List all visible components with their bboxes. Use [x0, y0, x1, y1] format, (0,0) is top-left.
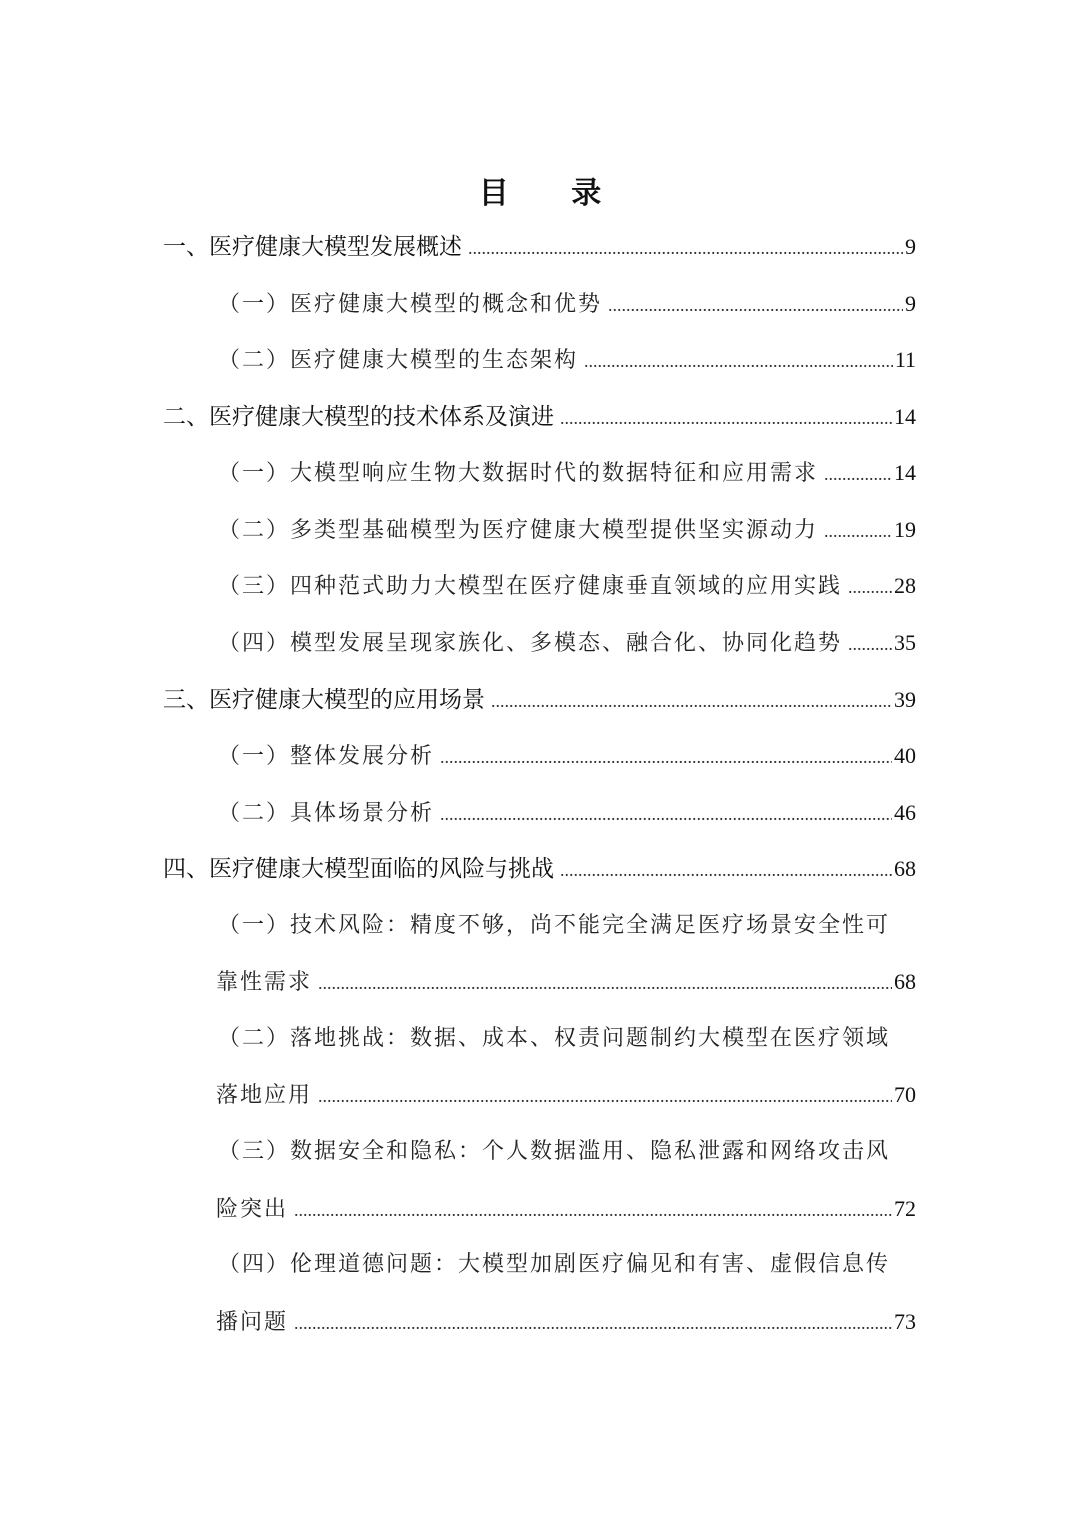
toc-page-number: 28 [894, 566, 916, 606]
toc-entry-label: 一、医疗健康大模型发展概述 [163, 227, 462, 267]
toc-entry-label: （二）医疗健康大模型的生态架构 [218, 341, 578, 381]
toc-entry-section-1-1[interactable]: （一）医疗健康大模型的概念和优势 9 [218, 284, 916, 324]
toc-entry-section-2-1[interactable]: （一）大模型响应生物大数据时代的数据特征和应用需求 14 [218, 453, 916, 493]
toc-entry-section-2-3[interactable]: （三）四种范式助力大模型在医疗健康垂直领域的应用实践 28 [218, 566, 916, 606]
toc-entry-label: （三）数据安全和隐私：个人数据滥用、隐私泄露和网络攻击风 [218, 1132, 890, 1172]
toc-page-number: 68 [894, 962, 916, 1002]
toc-entry-label: （一）技术风险：精度不够，尚不能完全满足医疗场景安全性可 [218, 906, 890, 946]
dot-leader [318, 1076, 892, 1116]
dot-leader [468, 228, 903, 268]
toc-entry-section-4-4-continued[interactable]: 播问题 73 [216, 1302, 916, 1342]
dot-leader [560, 398, 892, 438]
toc-entry-label: （一）大模型响应生物大数据时代的数据特征和应用需求 [218, 454, 818, 494]
toc-entry-section-3-1[interactable]: （一）整体发展分析 40 [218, 736, 916, 776]
dot-leader [848, 624, 892, 664]
dot-leader [560, 850, 892, 890]
toc-entry-label: 三、医疗健康大模型的应用场景 [163, 680, 485, 720]
toc-entry-section-3-2[interactable]: （二）具体场景分析 46 [218, 793, 916, 833]
toc-page-number: 9 [905, 227, 916, 267]
dot-leader [294, 1190, 892, 1230]
dot-leader [848, 567, 892, 607]
toc-entry-label: 四、医疗健康大模型面临的风险与挑战 [163, 849, 554, 889]
dot-leader [294, 1303, 892, 1343]
toc-entry-chapter-1[interactable]: 一、医疗健康大模型发展概述 9 [163, 227, 916, 267]
toc-entry-section-4-2-continued[interactable]: 落地应用 70 [216, 1075, 916, 1115]
toc-page-number: 14 [894, 453, 916, 493]
toc-page-number: 35 [894, 623, 916, 663]
document-page: 目 录 一、医疗健康大模型发展概述 9 （一）医疗健康大模型的概念和优势 9 （… [0, 0, 1080, 1528]
toc-entry-label: （一）医疗健康大模型的概念和优势 [218, 285, 602, 325]
toc-entry-label: （二）具体场景分析 [218, 794, 434, 834]
toc-page-number: 70 [894, 1075, 916, 1115]
toc-page-number: 19 [894, 510, 916, 550]
toc-page-number: 73 [894, 1302, 916, 1342]
dot-leader [440, 737, 892, 777]
toc-page-number: 40 [894, 736, 916, 776]
toc-entry-section-4-1[interactable]: （一）技术风险：精度不够，尚不能完全满足医疗场景安全性可 [218, 906, 916, 946]
toc-entry-label-continuation: 险突出 [216, 1190, 288, 1230]
toc-page-number: 68 [894, 849, 916, 889]
toc-entry-chapter-4[interactable]: 四、医疗健康大模型面临的风险与挑战 68 [163, 849, 916, 889]
toc-entry-chapter-3[interactable]: 三、医疗健康大模型的应用场景 39 [163, 680, 916, 720]
toc-entry-section-4-2[interactable]: （二）落地挑战：数据、成本、权责问题制约大模型在医疗领域 [218, 1019, 916, 1059]
toc-entry-label: （四）模型发展呈现家族化、多模态、融合化、协同化趋势 [218, 624, 842, 664]
toc-entry-label: （二）落地挑战：数据、成本、权责问题制约大模型在医疗领域 [218, 1019, 890, 1059]
toc-entry-section-1-2[interactable]: （二）医疗健康大模型的生态架构 11 [218, 340, 916, 380]
toc-entry-section-4-3-continued[interactable]: 险突出 72 [216, 1189, 916, 1229]
toc-entry-label: （三）四种范式助力大模型在医疗健康垂直领域的应用实践 [218, 567, 842, 607]
toc-page-number: 46 [894, 793, 916, 833]
dot-leader [608, 285, 903, 325]
toc-entry-section-2-2[interactable]: （二）多类型基础模型为医疗健康大模型提供坚实源动力 19 [218, 510, 916, 550]
toc-entry-chapter-2[interactable]: 二、医疗健康大模型的技术体系及演进 14 [163, 397, 916, 437]
toc-entry-section-2-4[interactable]: （四）模型发展呈现家族化、多模态、融合化、协同化趋势 35 [218, 623, 916, 663]
toc-entry-section-4-3[interactable]: （三）数据安全和隐私：个人数据滥用、隐私泄露和网络攻击风 [218, 1132, 916, 1172]
page-title: 目 录 [0, 168, 1080, 212]
dot-leader [318, 963, 892, 1003]
toc-page-number: 11 [895, 340, 916, 380]
dot-leader [584, 341, 893, 381]
dot-leader [824, 511, 892, 551]
toc-entry-label-continuation: 播问题 [216, 1303, 288, 1343]
toc-entry-label: （四）伦理道德问题：大模型加剧医疗偏见和有害、虚假信息传 [218, 1245, 890, 1285]
toc-entry-label: （二）多类型基础模型为医疗健康大模型提供坚实源动力 [218, 511, 818, 551]
dot-leader [491, 681, 892, 721]
toc-entry-section-4-1-continued[interactable]: 靠性需求 68 [216, 962, 916, 1002]
toc-entry-section-4-4[interactable]: （四）伦理道德问题：大模型加剧医疗偏见和有害、虚假信息传 [218, 1245, 916, 1285]
dot-leader [824, 454, 892, 494]
toc-entry-label-continuation: 靠性需求 [216, 963, 312, 1003]
toc-page-number: 14 [894, 397, 916, 437]
toc-page-number: 39 [894, 680, 916, 720]
dot-leader [440, 794, 892, 834]
toc-page-number: 72 [894, 1189, 916, 1229]
toc-page-number: 9 [905, 284, 916, 324]
toc-entry-label: （一）整体发展分析 [218, 737, 434, 777]
toc-entry-label-continuation: 落地应用 [216, 1076, 312, 1116]
toc-entry-label: 二、医疗健康大模型的技术体系及演进 [163, 397, 554, 437]
